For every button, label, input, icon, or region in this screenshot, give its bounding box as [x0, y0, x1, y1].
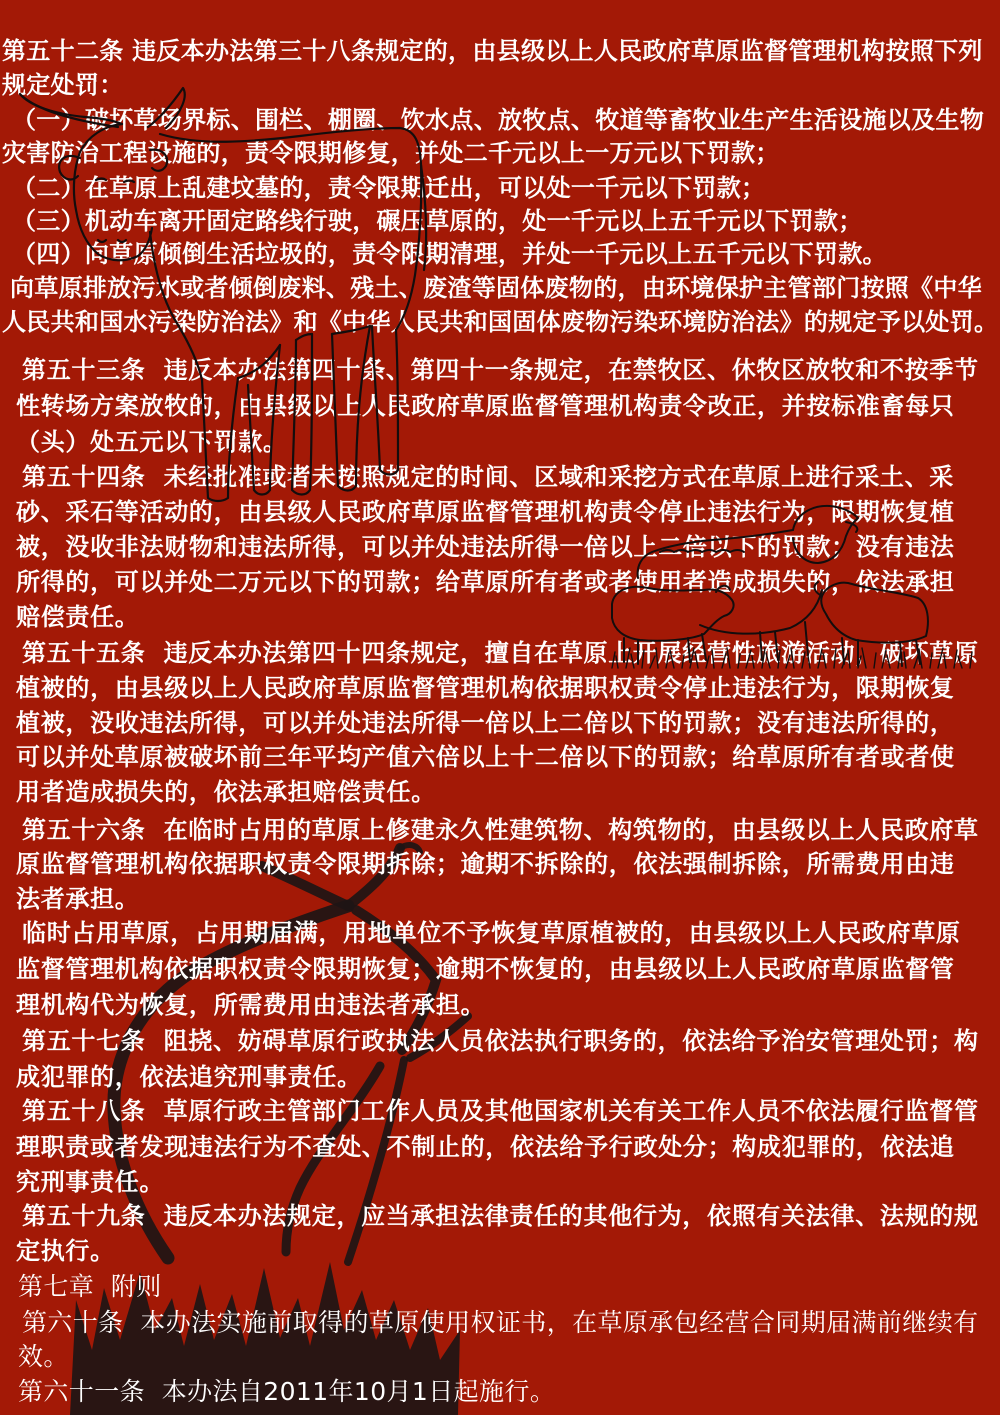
- article-56-line: 第五十六条 在临时占用的草原上修建永久性建筑物、构筑物的，由县级以上人民政府草: [22, 814, 979, 846]
- article-56-line: 原监督管理机构依据职权责令限期拆除；逾期不拆除的，依法强制拆除，所需费用由违: [16, 848, 955, 880]
- document-page: 第五十二条 违反本办法第三十八条规定的，由县级以上人民政府草原监督管理机构按照下…: [0, 0, 1000, 1415]
- article-53-line: 第五十三条 违反本办法第四十条、第四十一条规定，在禁牧区、休牧区放牧和不按季节: [22, 354, 979, 386]
- article-58-line: 第五十八条 草原行政主管部门工作人员及其他国家机关有关工作人员不依法履行监督管: [22, 1095, 979, 1127]
- article-55-line: 用者造成损失的，依法承担赔偿责任。: [16, 776, 436, 808]
- article-52-para2-line: 人民共和国水污染防治法》和《中华人民共和国固体废物污染环境防治法》的规定予以处罚…: [2, 306, 998, 338]
- article-55-line: 第五十五条 违反本办法第四十四条规定，擅自在草原上开展经营性旅游活动，破坏草原: [22, 637, 979, 669]
- article-59-line: 第五十九条 违反本办法规定，应当承担法律责任的其他行为，依照有关法律、法规的规: [22, 1200, 979, 1232]
- article-61-line: 第六十一条 本办法自2011年10月1日起施行。: [18, 1376, 555, 1408]
- article-52-line: 第五十二条 违反本办法第三十八条规定的，由县级以上人民政府草原监督管理机构按照下…: [2, 35, 983, 67]
- article-56-para2-line: 理机构代为恢复，所需费用由违法者承担。: [16, 989, 485, 1021]
- article-52-line: 规定处罚：: [2, 69, 124, 101]
- chapter-7-heading: 第七章 附则: [18, 1271, 162, 1303]
- item-4-line: （四）向草原倾倒生活垃圾的，责令限期清理，并处一千元以上五千元以下罚款。: [12, 238, 887, 270]
- article-57-line: 成犯罪的，依法追究刑事责任。: [16, 1061, 362, 1093]
- article-57-line: 第五十七条 阻挠、妨碍草原行政执法人员依法执行职务的，依法给予治安管理处罚；构: [22, 1025, 979, 1057]
- item-3-line: （三）机动车离开固定路线行驶，碾压草原的，处一千元以上五千元以下罚款；: [12, 205, 863, 237]
- article-59-line: 定执行。: [16, 1235, 115, 1267]
- article-54-line: 砂、采石等活动的，由县级人民政府草原监督管理机构责令停止违法行为，限期恢复植: [16, 496, 955, 528]
- article-55-line: 植被，没收违法所得，可以并处违法所得一倍以上二倍以下的罚款；没有违法所得的，: [16, 707, 955, 739]
- article-56-para2-line: 临时占用草原，占用期届满，用地单位不予恢复草原植被的，由县级以上人民政府草原: [22, 917, 961, 949]
- article-53-line: （头）处五元以下罚款。: [16, 426, 288, 458]
- regulation-text: 第五十二条 违反本办法第三十八条规定的，由县级以上人民政府草原监督管理机构按照下…: [0, 0, 1000, 1415]
- item-1-line: 灾害防治工程设施的，责令限期修复，并处二千元以上一万元以下罚款；: [2, 137, 780, 169]
- article-52-para2-line: 向草原排放污水或者倾倒废料、残土、废渣等固体废物的，由环境保护主管部门按照《中华: [10, 272, 982, 304]
- item-1-line: （一）破坏草场界标、围栏、棚圈、饮水点、放牧点、牧道等畜牧业生产生活设施以及生物: [12, 104, 984, 136]
- article-60-line: 第六十条 本办法实施前取得的草原使用权证书，在草原承包经营合同期届满前继续有: [22, 1307, 979, 1339]
- article-58-line: 究刑事责任。: [16, 1166, 164, 1198]
- article-55-line: 可以并处草原被破坏前三年平均产值六倍以上十二倍以下的罚款；给草原所有者或者使: [16, 741, 955, 773]
- article-58-line: 理职责或者发现违法行为不查处、不制止的，依法给予行政处分；构成犯罪的，依法追: [16, 1131, 955, 1163]
- article-54-line: 赔偿责任。: [16, 601, 140, 633]
- article-54-line: 被，没收非法财物和违法所得，可以并处违法所得一倍以上二倍以下的罚款；没有违法: [16, 531, 955, 563]
- article-54-line: 第五十四条 未经批准或者未按照规定的时间、区域和采挖方式在草原上进行采土、采: [22, 461, 954, 493]
- article-56-para2-line: 监督管理机构依据职权责令限期恢复；逾期不恢复的，由县级以上人民政府草原监督管: [16, 953, 955, 985]
- item-2-line: （二）在草原上乱建坟墓的，责令限期迁出，可以处一千元以下罚款；: [12, 172, 765, 204]
- article-54-line: 所得的，可以并处二万元以下的罚款；给草原所有者或者使用者造成损失的，依法承担: [16, 566, 955, 598]
- article-56-line: 法者承担。: [16, 883, 140, 915]
- article-53-line: 性转场方案放牧的，由县级以上人民政府草原监督管理机构责令改正，并按标准畜每只: [16, 390, 955, 422]
- article-55-line: 植被的，由县级以上人民政府草原监督管理机构依据职权责令停止违法行为，限期恢复: [16, 672, 955, 704]
- article-60-line: 效。: [18, 1341, 69, 1373]
